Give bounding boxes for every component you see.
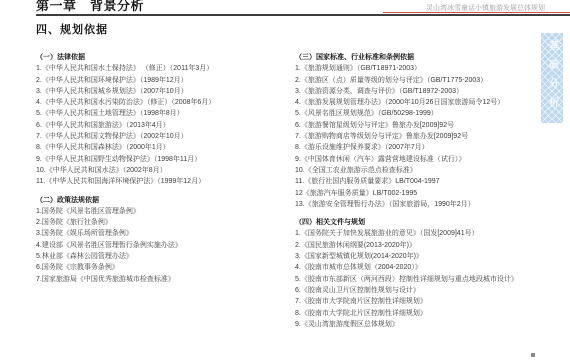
section-heading: （四）相关文件与规划 (295, 217, 545, 228)
reference-item: 9.《中国体育休闲（汽车）露营营地建设标准（试行）》 (295, 154, 545, 165)
reference-section: （一）法律依据1.《中华人民共和国水土保持法》 （修正）（2011年3月）2.《… (36, 52, 295, 188)
reference-item: 7.《旅游购物商店等级划分与评定》鲁旅办发[2009]92号 (295, 131, 545, 142)
reference-item: 3.《中华人民共和国城乡规划法》（2007年10月） (36, 86, 295, 97)
reference-item: 11.《旅行社国内服务质量要求》LB/T004-1997 (295, 176, 545, 187)
reference-item: 13.《旅游安全管理暂行办法》（国家旅游局，1990年2月） (295, 199, 545, 210)
chapter-title: 第一章 背景分析 (36, 0, 144, 14)
references-columns: （一）法律依据1.《中华人民共和国水土保持法》 （修正）（2011年3月）2.《… (36, 52, 545, 330)
reference-item: 4.《胶南市城市总体规划（2004-2020）》 (295, 262, 545, 273)
references-column-left: （一）法律依据1.《中华人民共和国水土保持法》 （修正）（2011年3月）2.《… (36, 52, 295, 285)
reference-item: 10.《全国工农业旅游示范点检查标准》 (295, 165, 545, 176)
reference-item: 12《旅游汽车服务质量》LB/T002-1995 (295, 188, 545, 199)
document-page: { "header": { "chapter_title": "第一章 背景分析… (0, 0, 570, 360)
side-tab-basic-analysis: 基础分析 (541, 33, 563, 123)
section-heading: （三）国家标准、行业标准和条例依据 (295, 52, 545, 63)
references-column-right: （三）国家标准、行业标准和条例依据1.《旅游规划通则》（GB/T18971-20… (295, 52, 545, 330)
reference-item: 5.《风景名胜区规划规范》（GB/50298-1999） (295, 108, 545, 119)
reference-item: 8.《中华人民共和国森林法》（2000年1月） (36, 142, 295, 153)
reference-item: 1.《国务院关于加快发展旅游业的意见》（国发[2009]41号） (295, 228, 545, 239)
reference-item: 8.《游乐设施维护保养要求》（2007年7月） (295, 142, 545, 153)
header-rule-dark (36, 14, 570, 16)
reference-item: 7.《胶南市大学院南片区控制性详细规划》 (295, 296, 545, 307)
reference-item: 11.《中华人民共和国海洋环境保护法》（1999年12月） (36, 176, 295, 187)
reference-item: 2.《旅游区（点）质量等级的划分与评定》（GB/T1775-2003） (295, 75, 545, 86)
reference-item: 4.《旅游发展规划管理办法》（2000年10月26日国家旅游局令12号） (295, 97, 545, 108)
side-tab-label: 基础分析 (545, 40, 560, 123)
reference-item: 7.《中华人民共和国文物保护法》（2002年10月） (36, 131, 295, 142)
reference-item: 1.国务院《风景名胜区管理条例》 (36, 206, 295, 217)
reference-section: （三）国家标准、行业标准和条例依据1.《旅游规划通则》（GB/T18971-20… (295, 52, 545, 210)
page-number-mark (531, 353, 535, 357)
reference-item: 2.《中华人民共和国环境保护法》（1989年12月） (36, 75, 295, 86)
header-rule-red (383, 12, 570, 13)
reference-item: 9.《灵山湾旅游度假区总体规划》 (295, 319, 545, 330)
reference-item: 2.国务院《旅行社条例》 (36, 217, 295, 228)
reference-item: 2.《国民旅游休闲纲要(2013-2020年)》 (295, 240, 545, 251)
reference-item: 7.国家旅游局《中国优秀旅游城市检查标准》 (36, 274, 295, 285)
section-heading: （一）法律依据 (36, 52, 295, 63)
reference-item: 8.《胶南市大学院北片区控制性详细规划》 (295, 308, 545, 319)
reference-item: 3.国务院《娱乐场所管理条例》 (36, 228, 295, 239)
reference-section: （二）政策法规依据1.国务院《风景名胜区管理条例》2.国务院《旅行社条例》3.国… (36, 195, 295, 285)
reference-item: 6.国务院《宗教事务条例》 (36, 262, 295, 273)
reference-item: 1.《旅游规划通则》（GB/T18971-2003） (295, 63, 545, 74)
section-heading: （二）政策法规依据 (36, 195, 295, 206)
reference-section: （四）相关文件与规划1.《国务院关于加快发展旅游业的意见》（国发[2009]41… (295, 217, 545, 330)
reference-item: 4.《中华人民共和国水污染防治法》（修正）（2008年6月） (36, 97, 295, 108)
reference-item: 9.《中华人民共和国野生动物保护法》（1998年11月） (36, 154, 295, 165)
reference-item: 1.《中华人民共和国水土保持法》 （修正）（2011年3月） (36, 63, 295, 74)
reference-item: 5.林业部《森林公园管理办法》 (36, 251, 295, 262)
reference-item: 6.《中华人民共和国旅游法》（2013年4月） (36, 120, 295, 131)
reference-item: 5.《胶南市东部新区（两河西段）控制性详细规划与重点地段城市设计》 (295, 274, 545, 285)
reference-item: 6.《旅游餐馆星级划分与评定》鲁旅办发[2009]92号 (295, 120, 545, 131)
reference-item: 3.《旅游资源分类、调查与评价》（GB/T18972-2003） (295, 86, 545, 97)
reference-item: 5.《中华人民共和国土地管理法》（1998年8月） (36, 108, 295, 119)
reference-item: 10.《中华人民共和国水法》（2002年8月） (36, 165, 295, 176)
reference-item: 6.《胶南灵山卫片区控制性规划与设计》 (295, 285, 545, 296)
reference-item: 4.建设部《风景名胜区管理暂行条例实施办法》 (36, 240, 295, 251)
reference-item: 3.《国家新型城镇化规划(2014-2020年)》 (295, 251, 545, 262)
page-title: 四、规划依据 (36, 21, 108, 37)
